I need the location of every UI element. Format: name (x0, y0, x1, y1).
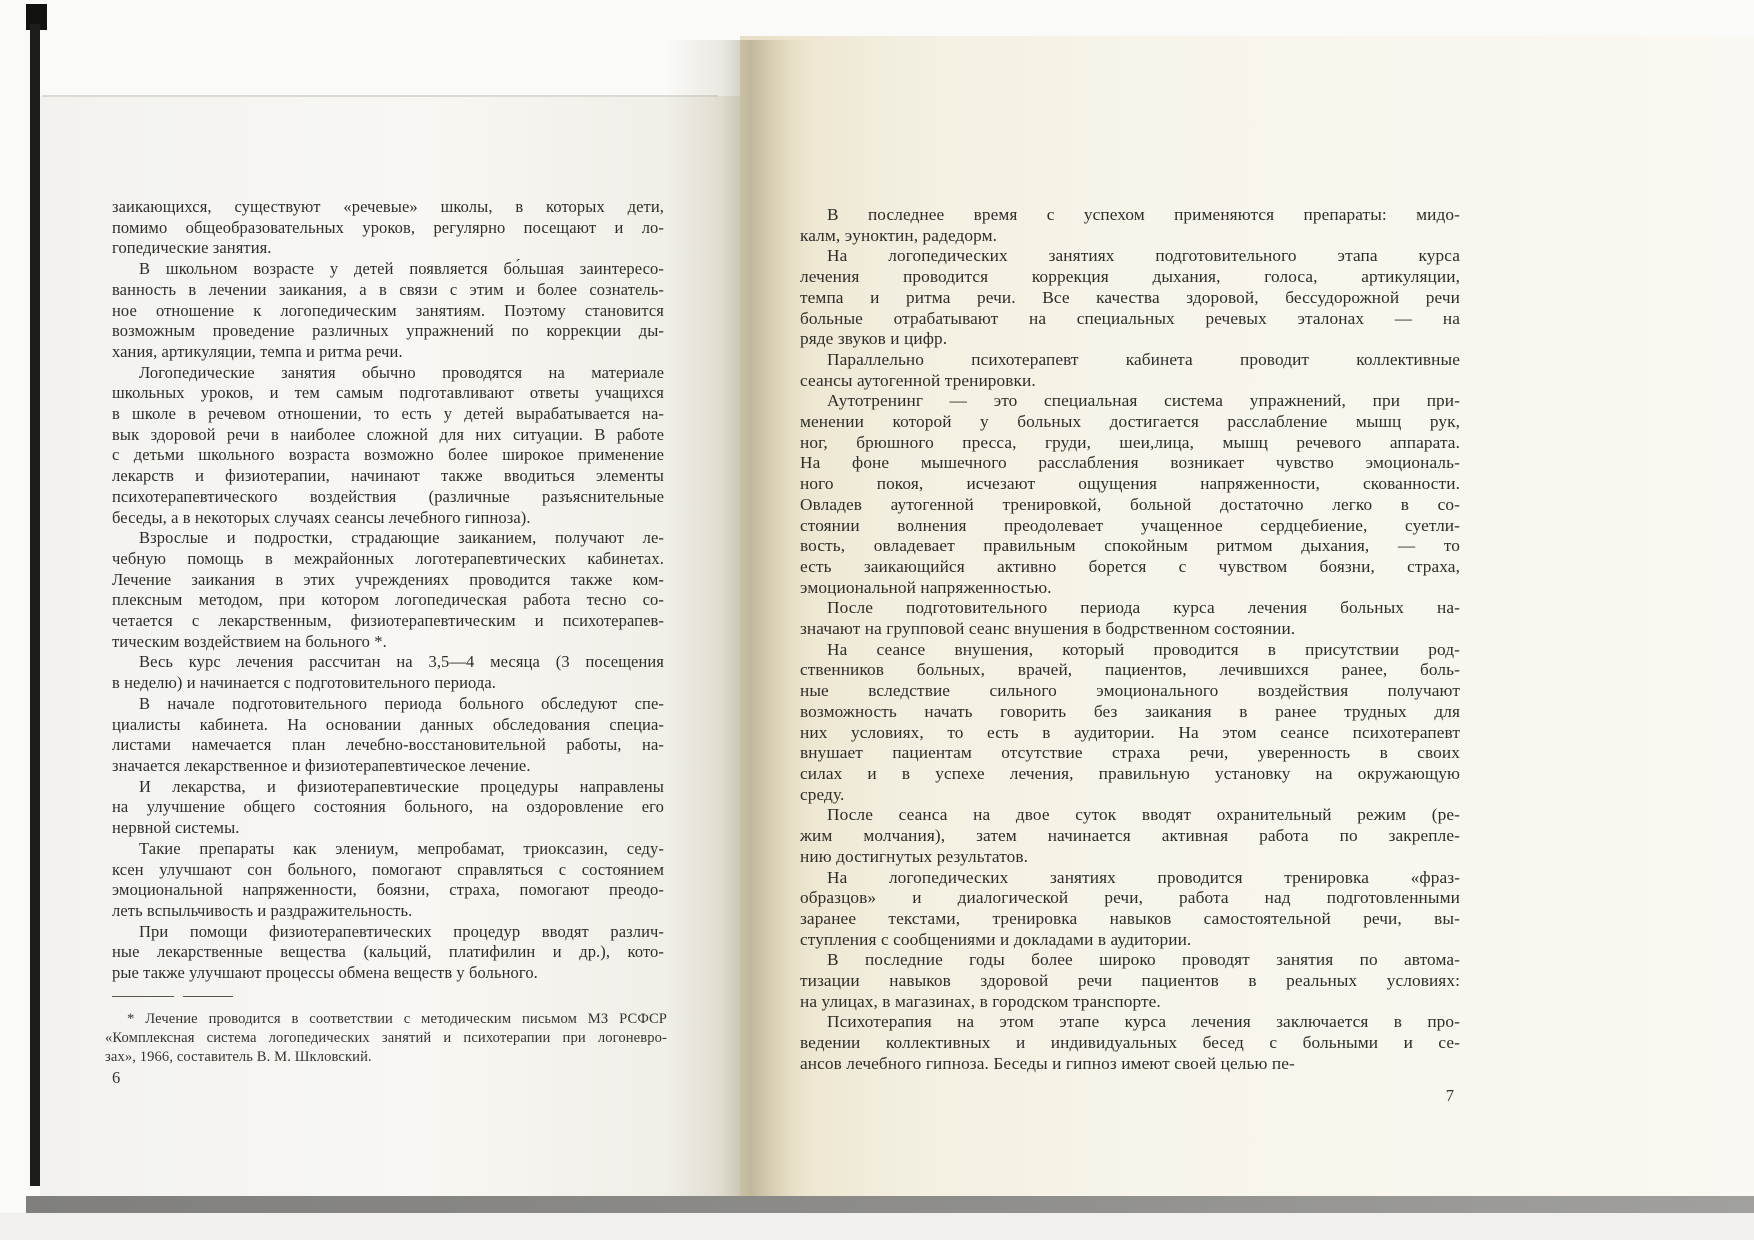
text-line: Овладев аутогенной тренировкой, больной … (800, 495, 1460, 516)
paragraph: На логопедических занятиях проводится тр… (800, 868, 1460, 951)
paragraph: В школьном возрасте у детей появляется б… (112, 259, 664, 363)
binding-bar (30, 24, 40, 1186)
text-line: лечения проводится коррекция дыхания, го… (800, 267, 1460, 288)
text-line: плексным методом, при котором логопедиче… (112, 590, 664, 611)
text-line: калм, эуноктин, радедорм. (800, 226, 1460, 247)
paragraph: Аутотренинг — это специальная система уп… (800, 391, 1460, 598)
paragraph: В начале подготовительного периода больн… (112, 694, 664, 777)
text-line: ного покоя, исчезают ощущения напряженно… (800, 474, 1460, 495)
text-line: ксен улучшают сон больного, помогают спр… (112, 860, 664, 881)
text-line: Взрослые и подростки, страдающие заикани… (112, 528, 664, 549)
text-line: На логопедических занятиях проводится тр… (800, 868, 1460, 889)
text-line: помимо общеобразовательных уроков, регул… (112, 218, 664, 239)
text-line: Аутотренинг — это специальная система уп… (800, 391, 1460, 412)
text-line: ное отношение к логопедическим занятиям.… (112, 301, 664, 322)
text-line: есть заикающийся активно борется с чувст… (800, 557, 1460, 578)
text-line: Весь курс лечения рассчитан на 3,5—4 мес… (112, 652, 664, 673)
text-line: После подготовительного периода курса ле… (800, 598, 1460, 619)
paragraph: Весь курс лечения рассчитан на 3,5—4 мес… (112, 652, 664, 693)
text-line: ственников больных, врачей, пациентов, л… (800, 660, 1460, 681)
paragraph: В последние годы более широко проводят з… (800, 950, 1460, 1012)
text-line: В школьном возрасте у детей появляется б… (112, 259, 664, 280)
paragraph: И лекарства, и физиотерапевтические проц… (112, 777, 664, 839)
text-line: больные отрабатывают на специальных рече… (800, 309, 1460, 330)
text-line: нервной системы. (112, 818, 664, 839)
text-line: заикающихся, существуют «речевые» школы,… (112, 197, 664, 218)
text-line: беседы, а в некоторых случаях сеансы леч… (112, 508, 664, 529)
text-line: гопедические занятия. (112, 238, 664, 259)
paragraph: После подготовительного периода курса ле… (800, 598, 1460, 639)
text-line: эмоциональной напряженностью. (800, 578, 1460, 599)
text-line: Параллельно психотерапевт кабинета прово… (800, 350, 1460, 371)
footnote-rule-segment (183, 996, 233, 997)
text-line: «Комплексная система логопедических заня… (105, 1029, 667, 1048)
text-line: сеансы аутогенной тренировки. (800, 371, 1460, 392)
scan-background (0, 1213, 1754, 1240)
text-line: ные вследствие сильного эмоционального в… (800, 681, 1460, 702)
text-line: И лекарства, и физиотерапевтические проц… (112, 777, 664, 798)
text-line: на улучшение общего состояния больного, … (112, 797, 664, 818)
text-line: среду. (800, 785, 1460, 806)
text-line: В последнее время с успехом применяются … (800, 205, 1460, 226)
footnote-rule-segment (112, 996, 174, 997)
text-line: них условиях, то есть в аудитории. На эт… (800, 723, 1460, 744)
text-line: стоянии волнения преодолевает учащенное … (800, 516, 1460, 537)
text-line: школьных уроков, и тем самым подготавлив… (112, 383, 664, 404)
text-line: четается с лекарственным, физиотерапевти… (112, 611, 664, 632)
text-line: внушает пациентам отсутствие страха речи… (800, 743, 1460, 764)
text-line: ступления с сообщениями и докладами в ау… (800, 930, 1460, 951)
text-line: силах и в успехе лечения, правильную уст… (800, 764, 1460, 785)
text-line: листами намечается план лечебно-восстано… (112, 735, 664, 756)
paragraph: При помощи физиотерапевтических процедур… (112, 922, 664, 984)
footnote: * Лечение проводится в соответствии с ме… (105, 1010, 667, 1067)
paragraph: Параллельно психотерапевт кабинета прово… (800, 350, 1460, 391)
text-line: циалисты кабинета. На основании данных о… (112, 715, 664, 736)
text-line: рые также улучшают процессы обмена вещес… (112, 963, 664, 984)
paragraph: После сеанса на двое суток вводят охрани… (800, 805, 1460, 867)
text-line: в неделю) и начинается с подготовительно… (112, 673, 664, 694)
spread-gutter-shadow (664, 40, 814, 1196)
text-line: Логопедические занятия обычно проводятся… (112, 363, 664, 384)
text-line: ног, брюшного пресса, груди, шеи,лица, м… (800, 433, 1460, 454)
text-line: ванность в лечении заикания, а в связи с… (112, 280, 664, 301)
text-line: возможным проведение различных упражнени… (112, 321, 664, 342)
text-line: на улицах, в магазинах, в городском тран… (800, 992, 1460, 1013)
text-line: заранее текстами, тренировка навыков сам… (800, 909, 1460, 930)
text-line: психотерапевтического воздействия (разли… (112, 487, 664, 508)
text-line: ные лекарственные вещества (кальций, пла… (112, 942, 664, 963)
paragraph: На логопедических занятиях подготовитель… (800, 246, 1460, 350)
text-line: вык здоровой речи в наиболее сложной для… (112, 425, 664, 446)
book-scan: заикающихся, существуют «речевые» школы,… (0, 0, 1754, 1240)
text-line: Такие препараты как элениум, мепробамат,… (112, 839, 664, 860)
text-line: жим молчания), затем начинается активная… (800, 826, 1460, 847)
text-line: значается лекарственное и физиотерапевти… (112, 756, 664, 777)
paragraph: Логопедические занятия обычно проводятся… (112, 363, 664, 529)
left-page-text-column: заикающихся, существуют «речевые» школы,… (112, 197, 664, 984)
text-line: После сеанса на двое суток вводят охрани… (800, 805, 1460, 826)
paragraph: Психотерапия на этом этапе курса лечения… (800, 1012, 1460, 1074)
text-line: нию достигнутых результатов. (800, 847, 1460, 868)
text-line: ансов лечебного гипноза. Беседы и гипноз… (800, 1054, 1460, 1075)
text-line: Лечение заикания в этих учреждениях пров… (112, 570, 664, 591)
scan-bottom-shadow (26, 1196, 1754, 1213)
text-line: ведении коллективных и индивидуальных бе… (800, 1033, 1460, 1054)
text-line: леть вспыльчивость и раздражительность. (112, 901, 664, 922)
text-line: возможность начать говорить без заикания… (800, 702, 1460, 723)
text-line: с детьми школьного возраста возможно бол… (112, 445, 664, 466)
text-line: менении которой у больных достигается ра… (800, 412, 1460, 433)
text-line: лекарств и физиотерапии, начинают также … (112, 466, 664, 487)
text-line: На сеансе внушения, который проводится в… (800, 640, 1460, 661)
page-number-left: 6 (112, 1068, 120, 1088)
text-line: На логопедических занятиях подготовитель… (800, 246, 1460, 267)
text-line: На фоне мышечного расслабления возникает… (800, 453, 1460, 474)
paragraph: Такие препараты как элениум, мепробамат,… (112, 839, 664, 922)
text-line: темпа и ритма речи. Все качества здорово… (800, 288, 1460, 309)
text-line: значают на групповой сеанс внушения в бо… (800, 619, 1460, 640)
text-line: чебную помощь в межрайонных логотерапевт… (112, 549, 664, 570)
text-line: В последние годы более широко проводят з… (800, 950, 1460, 971)
paragraph: На сеансе внушения, который проводится в… (800, 640, 1460, 806)
text-line: зах», 1966, составитель В. М. Шкловский. (105, 1048, 667, 1067)
page-number-right: 7 (800, 1086, 1454, 1106)
text-line: хания, артикуляции, темпа и ритма речи. (112, 342, 664, 363)
text-line: образцов» и диалогической речи, работа н… (800, 888, 1460, 909)
text-line: * Лечение проводится в соответствии с ме… (105, 1010, 667, 1029)
paragraph: В последнее время с успехом применяются … (800, 205, 1460, 246)
text-line: эмоциональной напряженности, боязни, стр… (112, 880, 664, 901)
text-line: в школе в речевом отношении, то есть у д… (112, 404, 664, 425)
text-line: вость, овладевает правильным спокойным р… (800, 536, 1460, 557)
text-line: тизации навыков здоровой речи пациентов … (800, 971, 1460, 992)
text-line: ряде звуков и цифр. (800, 329, 1460, 350)
text-line: При помощи физиотерапевтических процедур… (112, 922, 664, 943)
paragraph: заикающихся, существуют «речевые» школы,… (112, 197, 664, 259)
text-line: В начале подготовительного периода больн… (112, 694, 664, 715)
paragraph: Взрослые и подростки, страдающие заикани… (112, 528, 664, 652)
text-line: Психотерапия на этом этапе курса лечения… (800, 1012, 1460, 1033)
right-page-text-column: В последнее время с успехом применяются … (800, 205, 1460, 1075)
left-page-top-edge (42, 95, 718, 97)
text-line: тическим воздействием на больного *. (112, 632, 664, 653)
footnote-rule (112, 996, 242, 999)
